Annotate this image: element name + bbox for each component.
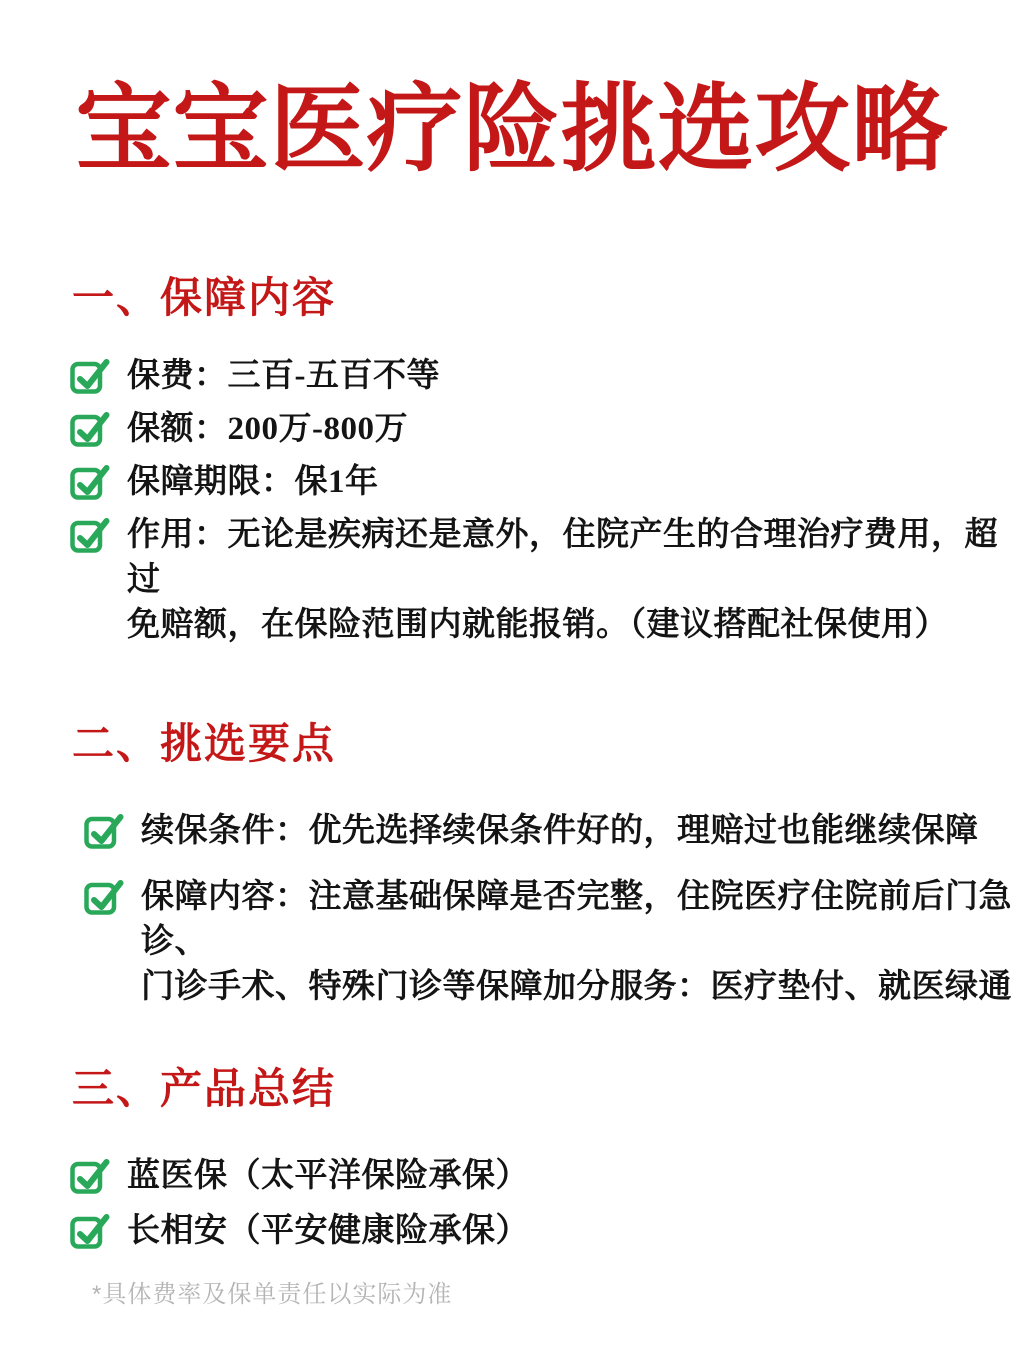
check-icon: [70, 1210, 110, 1250]
checklist-item: 作用：无论是疾病还是意外，住院产生的合理治疗费用，超过 免赔额，在保险范围内就能…: [0, 513, 1024, 648]
check-icon: [70, 355, 110, 395]
selection-points-checklist: 续保条件：优先选择续保条件好的，理赔过也能继续保障 保障内容：注意基础保障是否完…: [0, 809, 1024, 1010]
section-product-summary: 三、产品总结 蓝医保（太平洋保险承保） 长相安（平安健康险承保）: [0, 1066, 1024, 1253]
checklist-item: 蓝医保（太平洋保险承保）: [0, 1154, 1024, 1198]
checklist-item: 保额：200万-800万: [0, 407, 1024, 451]
check-icon: [84, 810, 124, 850]
checklist-item-text: 长相安（平安健康险承保）: [127, 1209, 529, 1253]
checklist-item: 保费：三百-五百不等: [0, 354, 1024, 398]
checklist-item-text: 保障内容：注意基础保障是否完整，住院医疗住院前后门急诊、 门诊手术、特殊门诊等保…: [141, 875, 1024, 1010]
checklist-item: 保障期限：保1年: [0, 460, 1024, 504]
page-title: 宝宝医疗险挑选攻略: [0, 80, 1024, 181]
checklist-item-text: 保额：200万-800万: [127, 407, 408, 451]
check-icon: [70, 1155, 110, 1195]
section-coverage-heading: 一、保障内容: [0, 275, 1024, 324]
checklist-item: 续保条件：优先选择续保条件好的，理赔过也能继续保障: [0, 809, 1024, 853]
check-icon: [84, 876, 124, 916]
check-icon: [70, 461, 110, 501]
checklist-item: 长相安（平安健康险承保）: [0, 1209, 1024, 1253]
check-icon: [70, 514, 110, 554]
checklist-item-text: 保障期限：保1年: [127, 460, 379, 504]
section-product-summary-heading: 三、产品总结: [0, 1066, 1024, 1115]
checklist-item-line: 作用：无论是疾病还是意外，住院产生的合理治疗费用，超过: [127, 513, 1024, 603]
coverage-checklist: 保费：三百-五百不等 保额：200万-800万 保障期限：保1年 作用：无论是疾…: [0, 354, 1024, 648]
product-summary-checklist: 蓝医保（太平洋保险承保） 长相安（平安健康险承保）: [0, 1154, 1024, 1253]
checklist-item-text: 保费：三百-五百不等: [127, 354, 440, 398]
checklist-item-text: 蓝医保（太平洋保险承保）: [127, 1154, 529, 1198]
section-coverage: 一、保障内容 保费：三百-五百不等 保额：200万-800万 保障期限：保1年 …: [0, 275, 1024, 648]
checklist-item-text: 作用：无论是疾病还是意外，住院产生的合理治疗费用，超过 免赔额，在保险范围内就能…: [127, 513, 1024, 648]
checklist-item-line: 门诊手术、特殊门诊等保障加分服务：医疗垫付、就医绿通: [141, 965, 1024, 1010]
section-selection-points: 二、挑选要点 续保条件：优先选择续保条件好的，理赔过也能继续保障 保障内容：注意…: [0, 721, 1024, 1010]
section-selection-points-heading: 二、挑选要点: [0, 721, 1024, 770]
check-icon: [70, 408, 110, 448]
checklist-item-text: 续保条件：优先选择续保条件好的，理赔过也能继续保障: [141, 809, 979, 853]
checklist-item-line: 保障内容：注意基础保障是否完整，住院医疗住院前后门急诊、: [141, 875, 1024, 965]
checklist-item: 保障内容：注意基础保障是否完整，住院医疗住院前后门急诊、 门诊手术、特殊门诊等保…: [0, 875, 1024, 1010]
disclaimer-note: *具体费率及保单责任以实际为准: [92, 1274, 452, 1309]
checklist-item-line: 免赔额，在保险范围内就能报销。（建议搭配社保使用）: [127, 603, 1024, 648]
